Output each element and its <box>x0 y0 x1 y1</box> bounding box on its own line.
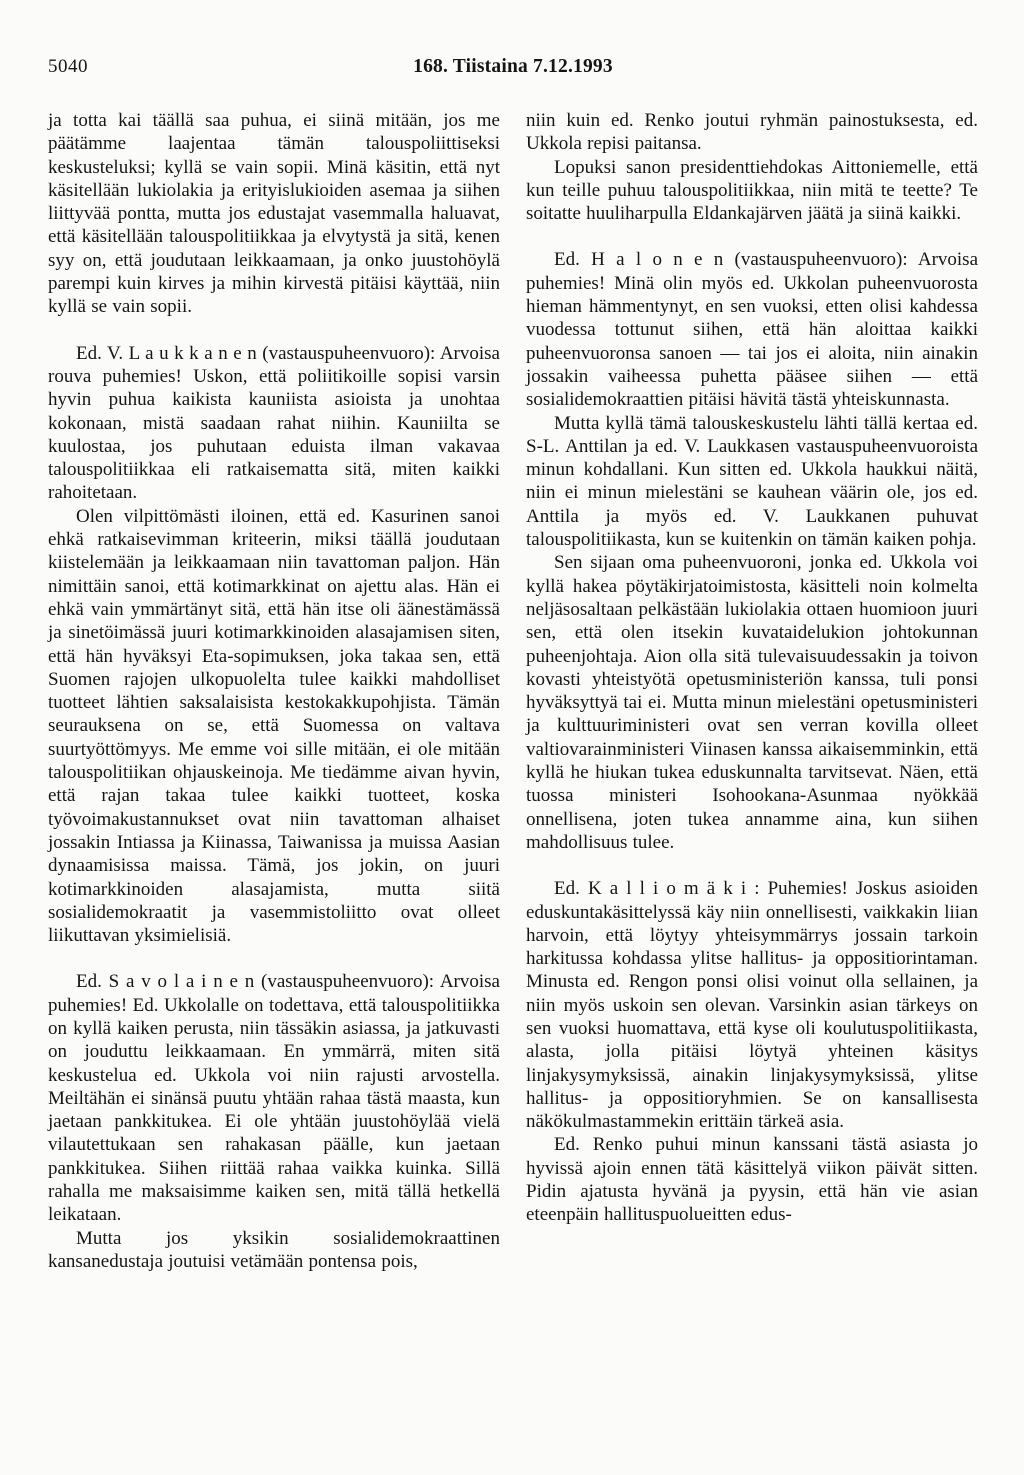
right-column: niin kuin ed. Renko joutui ryhmän painos… <box>526 109 978 1273</box>
page-header: 5040 168. Tiistaina 7.12.1993 <box>48 56 978 82</box>
paragraph-speech-halonen: Ed. H a l o n e n (vastauspuheenvuoro): … <box>526 248 978 411</box>
text-columns: ja totta kai täällä saa puhua, ei siinä … <box>48 109 978 1273</box>
paragraph: Olen vilpittömästi iloinen, että ed. Kas… <box>48 505 500 948</box>
paragraph: Lopuksi sanon presidenttiehdokas Aittoni… <box>526 156 978 226</box>
paragraph: Sen sijaan oma puheenvuoroni, jonka ed. … <box>526 551 978 854</box>
paragraph: Ed. Renko puhui minun kanssani tästä asi… <box>526 1133 978 1226</box>
paragraph-speech-savolainen: Ed. S a v o l a i n e n (vastauspuheenvu… <box>48 970 500 1226</box>
paragraph-continuation: niin kuin ed. Renko joutui ryhmän painos… <box>526 109 978 156</box>
paragraph-continuation: ja totta kai täällä saa puhua, ei siinä … <box>48 109 500 319</box>
left-column: ja totta kai täällä saa puhua, ei siinä … <box>48 109 500 1273</box>
paragraph-speech-kalliomaki: Ed. K a l l i o m ä k i : Puhemies! Josk… <box>526 877 978 1133</box>
paragraph-speech-laukkanen: Ed. V. L a u k k a n e n (vastauspuheenv… <box>48 342 500 505</box>
document-page: 5040 168. Tiistaina 7.12.1993 ja totta k… <box>0 0 1024 1475</box>
paragraph: Mutta jos yksikin sosialidemokraattinen … <box>48 1227 500 1274</box>
session-title: 168. Tiistaina 7.12.1993 <box>48 56 978 78</box>
paragraph: Mutta kyllä tämä talouskeskustelu lähti … <box>526 412 978 552</box>
